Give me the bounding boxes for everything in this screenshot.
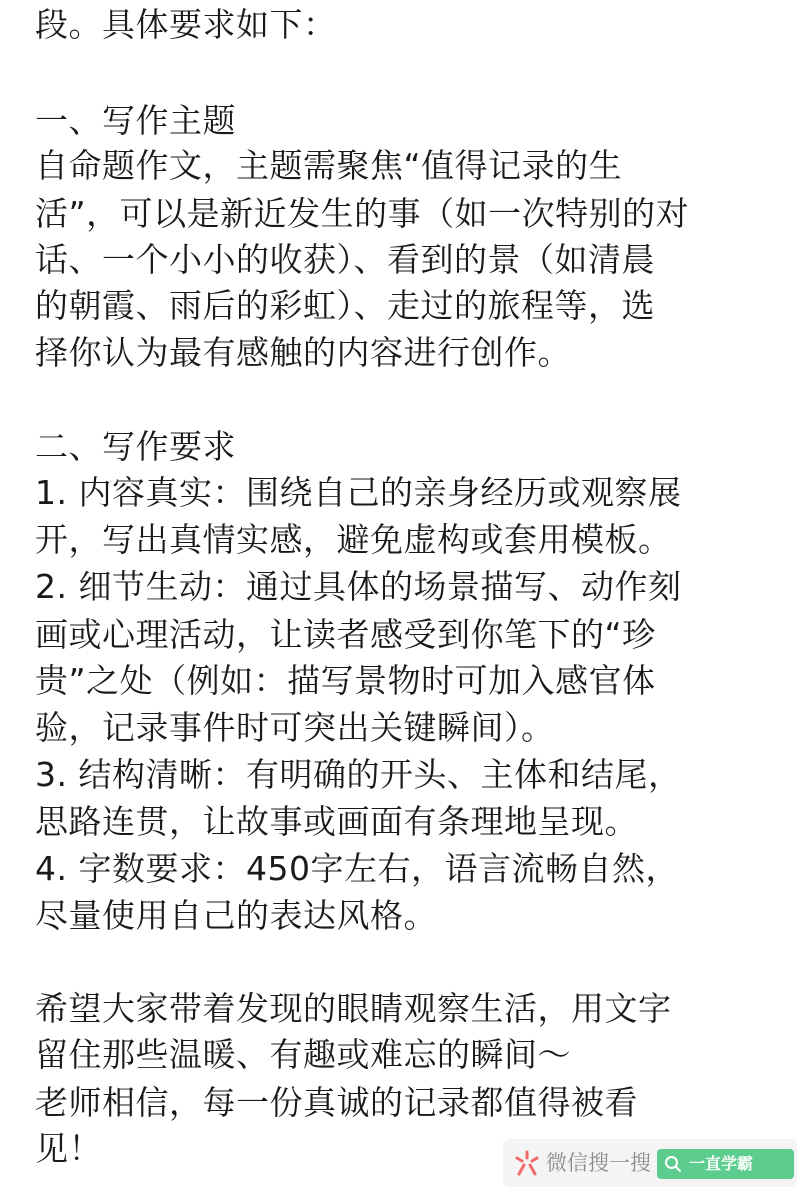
closing-paragraph: 希望大家带着发现的眼睛观察生活，用文字 [35,986,672,1032]
search-account-text: 一直学霸 [689,1153,753,1175]
text-line: 见！ [35,1126,102,1172]
wechat-search-label: 微信搜一搜 [546,1148,651,1178]
list-item-2: 2. 细节生动：通过具体的场景描写、动作刻 [35,564,681,610]
list-item-3: 3. 结构清晰：有明确的开头、主体和结尾， [35,752,681,798]
text-line: 段。具体要求如下： [35,2,337,48]
wechat-search-star-icon [513,1149,541,1177]
list-item-1: 1. 内容真实：围绕自己的亲身经历或观察展 [35,470,681,516]
text-line: 尽量使用自己的表达风格。 [35,893,437,939]
search-icon [664,1155,682,1173]
text-line: 择你认为最有感触的内容进行创作。 [35,330,571,376]
section-heading-topic: 一、写作主题 [35,98,236,144]
text-line: 开，写出真情实感，避免虚构或套用模板。 [35,517,672,563]
text-line: 思路连贯，让故事或画面有条理地呈现。 [35,799,638,845]
text-line: 话、一个小小的收获）、看到的景（如清晨 [35,237,655,283]
text-line: 活”，可以是新近发生的事（如一次特别的对 [35,191,689,237]
text-line: 的朝霞、雨后的彩虹）、走过的旅程等，选 [35,283,655,329]
text-line: 留住那些温暖、有趣或难忘的瞬间～ [35,1032,571,1078]
search-account-button[interactable]: 一直学霸 [657,1149,794,1179]
text-line: 贵”之处（例如：描写景物时可加入感官体 [35,658,656,704]
text-line: 画或心理活动，让读者感受到你笔下的“珍 [35,612,656,658]
section-heading-requirements: 二、写作要求 [35,424,236,470]
text-line: 验，记录事件时可突出关键瞬间）。 [35,705,555,751]
wechat-search-watermark[interactable]: 微信搜一搜 一直学霸 [503,1139,797,1187]
list-item-4: 4. 字数要求：450字左右，语言流畅自然， [35,846,679,892]
text-line: 自命题作文，主题需聚焦“值得记录的生 [35,143,622,189]
text-line: 老师相信，每一份真诚的记录都值得被看 [35,1080,638,1126]
